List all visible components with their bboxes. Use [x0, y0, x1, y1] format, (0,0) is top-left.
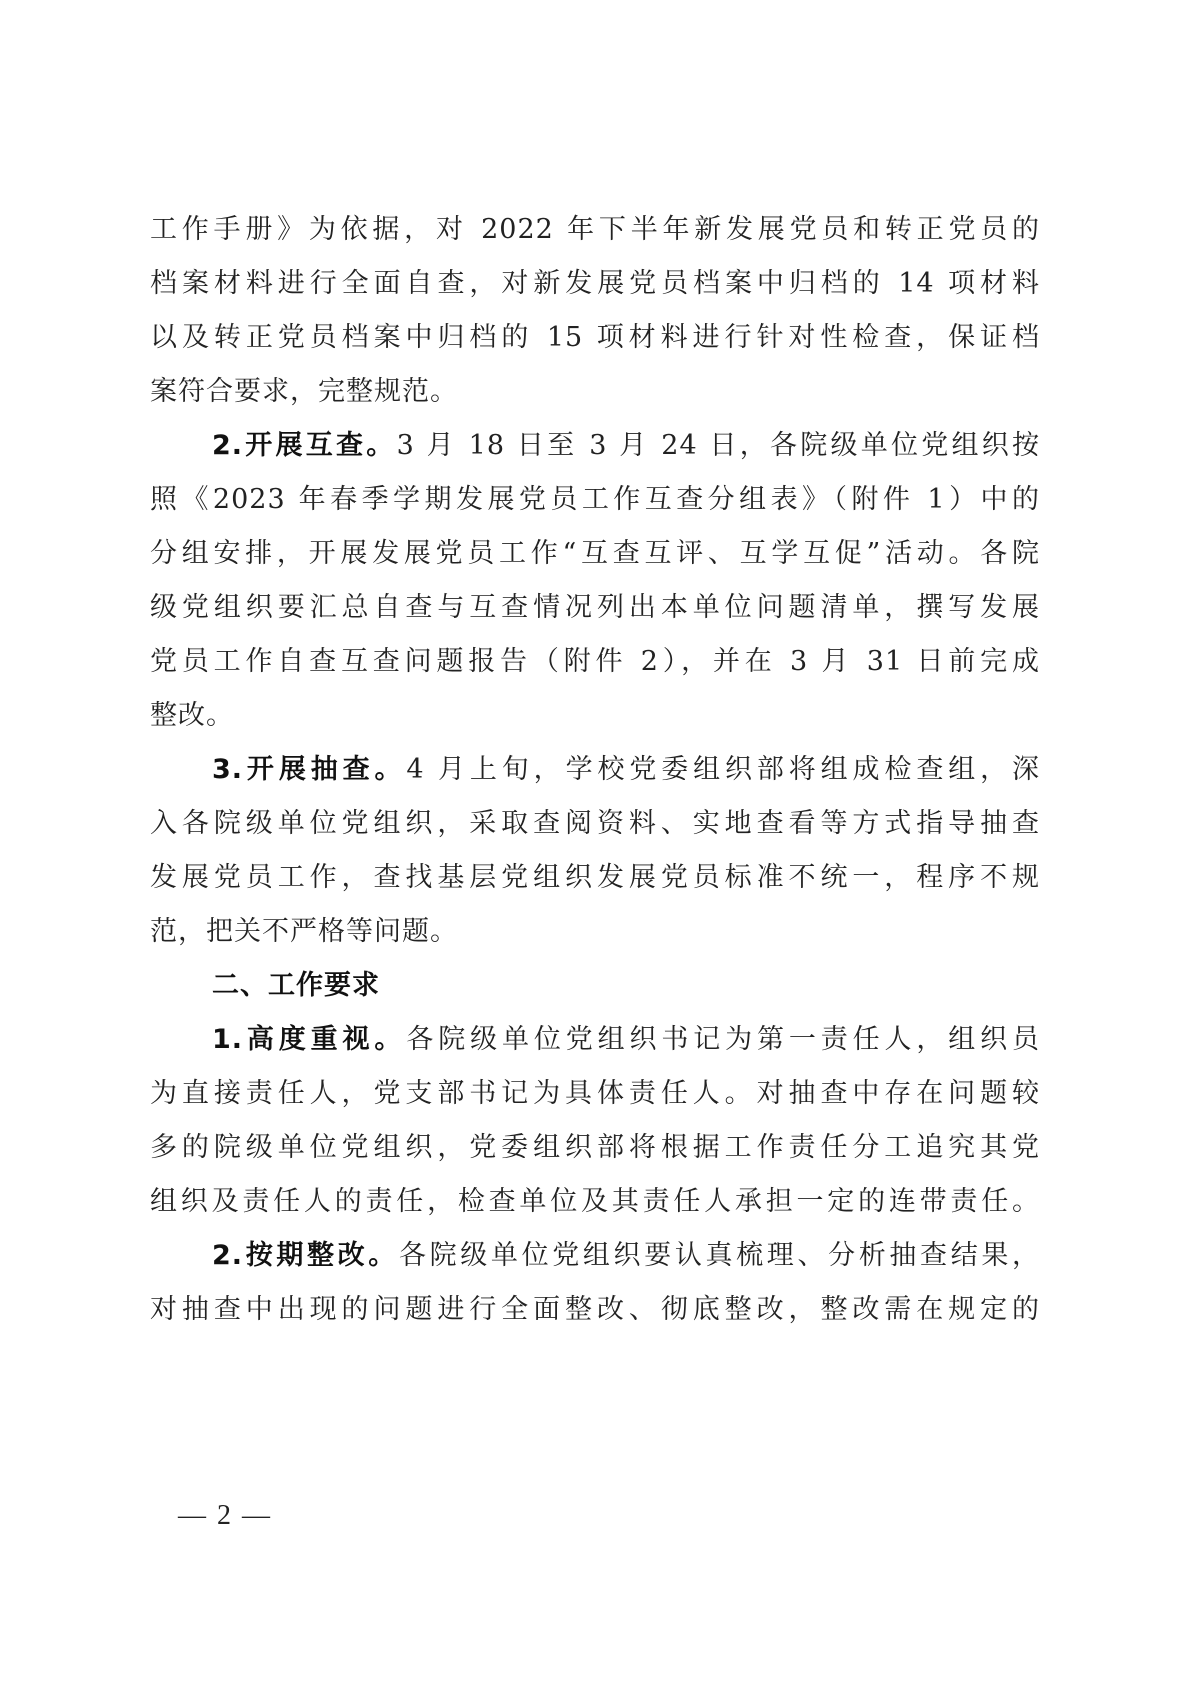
text-line: 级党组织要汇总自查与互查情况列出本单位问题清单，撰写发展	[150, 588, 1040, 628]
page-number: — 2 —	[178, 1500, 272, 1532]
text-line: 照《2023 年春季学期发展党员工作互查分组表》（附件 1）中的	[150, 480, 1040, 520]
text-line: 组织及责任人的责任，检查单位及其责任人承担一定的连带责任。	[150, 1182, 1040, 1222]
text-span: 各院级单位党组织书记为第一责任人，组织员	[406, 1024, 1040, 1055]
text-line: 分组安排，开展发展党员工作“互查互评、互学互促”活动。各院	[150, 534, 1040, 574]
text-span: 3 月 18 日至 3 月 24 日，各院级单位党组织按	[397, 430, 1040, 461]
paragraph-first-line: 3.开展抽查。4 月上旬，学校党委组织部将组成检查组，深	[212, 750, 1040, 790]
text-span: 4 月上旬，学校党委组织部将组成检查组，深	[406, 754, 1040, 785]
paragraph-lead-heading: 3.开展抽查。	[212, 754, 406, 785]
paragraph-first-line: 2.按期整改。各院级单位党组织要认真梳理、分析抽查结果，	[212, 1236, 1040, 1276]
text-span: 各院级单位党组织要认真梳理、分析抽查结果，	[399, 1240, 1040, 1271]
paragraph-lead-heading: 1.高度重视。	[212, 1024, 406, 1055]
paragraph-lead-heading: 2.开展互查。	[212, 430, 397, 461]
text-line: 多的院级单位党组织，党委组织部将根据工作责任分工追究其党	[150, 1128, 1040, 1168]
text-line: 以及转正党员档案中归档的 15 项材料进行针对性检查，保证档	[150, 318, 1040, 358]
text-line: 范，把关不严格等问题。	[150, 912, 1040, 952]
text-line: 为直接责任人，党支部书记为具体责任人。对抽查中存在问题较	[150, 1074, 1040, 1114]
paragraph-first-line: 1.高度重视。各院级单位党组织书记为第一责任人，组织员	[212, 1020, 1040, 1060]
text-line: 档案材料进行全面自查，对新发展党员档案中归档的 14 项材料	[150, 264, 1040, 304]
paragraph-lead-heading: 2.按期整改。	[212, 1240, 399, 1271]
text-line: 工作手册》为依据，对 2022 年下半年新发展党员和转正党员的	[150, 210, 1040, 250]
document-page: 工作手册》为依据，对 2022 年下半年新发展党员和转正党员的 档案材料进行全面…	[0, 0, 1190, 1683]
text-line: 整改。	[150, 696, 1040, 736]
section-heading: 二、工作要求	[212, 966, 1040, 1006]
text-line: 党员工作自查互查问题报告（附件 2），并在 3 月 31 日前完成	[150, 642, 1040, 682]
text-line: 入各院级单位党组织，采取查阅资料、实地查看等方式指导抽查	[150, 804, 1040, 844]
text-line: 案符合要求，完整规范。	[150, 372, 1040, 412]
text-line: 发展党员工作，查找基层党组织发展党员标准不统一，程序不规	[150, 858, 1040, 898]
text-line: 对抽查中出现的问题进行全面整改、彻底整改，整改需在规定的	[150, 1290, 1040, 1330]
paragraph-first-line: 2.开展互查。3 月 18 日至 3 月 24 日，各院级单位党组织按	[212, 426, 1040, 466]
